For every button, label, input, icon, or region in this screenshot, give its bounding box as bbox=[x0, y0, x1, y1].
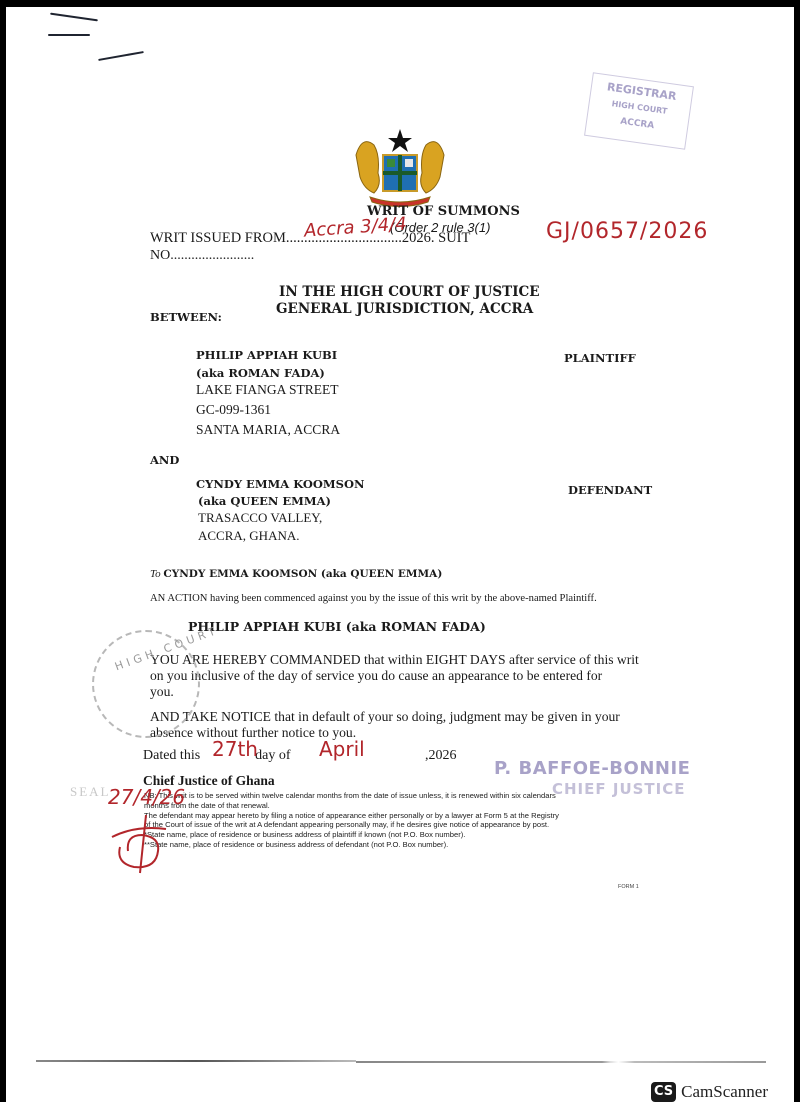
chief-justice-stamp-name: P. BAFFOE-BONNIE bbox=[494, 758, 690, 779]
and-label: AND bbox=[150, 453, 179, 467]
defendant-address-line: ACCRA, GHANA. bbox=[198, 528, 299, 544]
plaintiff-name: PHILIP APPIAH KUBI bbox=[196, 348, 337, 362]
plaintiff-full-name: PHILIP APPIAH KUBI (aka ROMAN FADA) bbox=[188, 619, 486, 634]
plaintiff-address-line: GC-099-1361 bbox=[196, 402, 271, 418]
plaintiff-role: PLAINTIFF bbox=[564, 351, 636, 365]
action-statement: AN ACTION having been commenced against … bbox=[150, 593, 597, 604]
chief-justice-stamp-title: CHIEF JUSTICE bbox=[552, 780, 686, 798]
defendant-address-line: TRASACCO VALLEY, bbox=[198, 510, 322, 526]
handwritten-month: April bbox=[319, 737, 365, 761]
handwritten-suit-number: GJ/0657/2026 bbox=[546, 219, 708, 244]
pen-scribble bbox=[48, 34, 90, 36]
camscanner-text: CamScanner bbox=[681, 1082, 768, 1102]
court-name: IN THE HIGH COURT OF JUSTICE bbox=[279, 284, 540, 300]
seal-label: SEAL bbox=[70, 784, 111, 800]
command-paragraph: YOU ARE HEREBY COMMANDED that within EIG… bbox=[150, 652, 639, 700]
defendant-aka: (aka QUEEN EMMA) bbox=[198, 494, 331, 508]
handwritten-signature bbox=[106, 807, 176, 877]
registry-stamp: REGISTRAR HIGH COURT ACCRA bbox=[584, 72, 694, 150]
bottom-rule bbox=[36, 1060, 356, 1062]
defendant-role: DEFENDANT bbox=[568, 483, 652, 497]
court-seal-stamp: HIGH COURT bbox=[92, 630, 200, 738]
court-jurisdiction: GENERAL JURISDICTION, ACCRA bbox=[276, 301, 533, 317]
camscanner-watermark: CS CamScanner bbox=[651, 1082, 768, 1102]
footnotes: NB: This writ is to be served within twe… bbox=[144, 791, 559, 850]
plaintiff-aka: (aka ROMAN FADA) bbox=[196, 366, 325, 380]
bottom-rule bbox=[356, 1061, 766, 1063]
handwritten-day: 27th bbox=[212, 737, 258, 761]
defendant-name: CYNDY EMMA KOOMSON bbox=[196, 477, 365, 491]
camscanner-logo-icon: CS bbox=[651, 1082, 676, 1102]
pen-scribble bbox=[50, 13, 98, 22]
between-label: BETWEEN: bbox=[150, 310, 222, 324]
plaintiff-address-line: LAKE FIANGA STREET bbox=[196, 382, 339, 398]
plaintiff-address-line: SANTA MARIA, ACCRA bbox=[196, 422, 340, 438]
coat-of-arms-icon bbox=[352, 125, 448, 209]
addressee-line: To CYNDY EMMA KOOMSON (aka QUEEN EMMA) bbox=[150, 568, 442, 580]
dated-year: ,2026 bbox=[425, 748, 457, 764]
suit-number-label: NO........................ bbox=[150, 248, 254, 264]
document-page: REGISTRAR HIGH COURT ACCRA WRIT OF SUMMO… bbox=[6, 7, 794, 1102]
pen-scribble bbox=[98, 51, 144, 61]
form-label: FORM 1 bbox=[618, 884, 639, 890]
handwritten-margin-date: 27/4/26 bbox=[108, 785, 185, 809]
